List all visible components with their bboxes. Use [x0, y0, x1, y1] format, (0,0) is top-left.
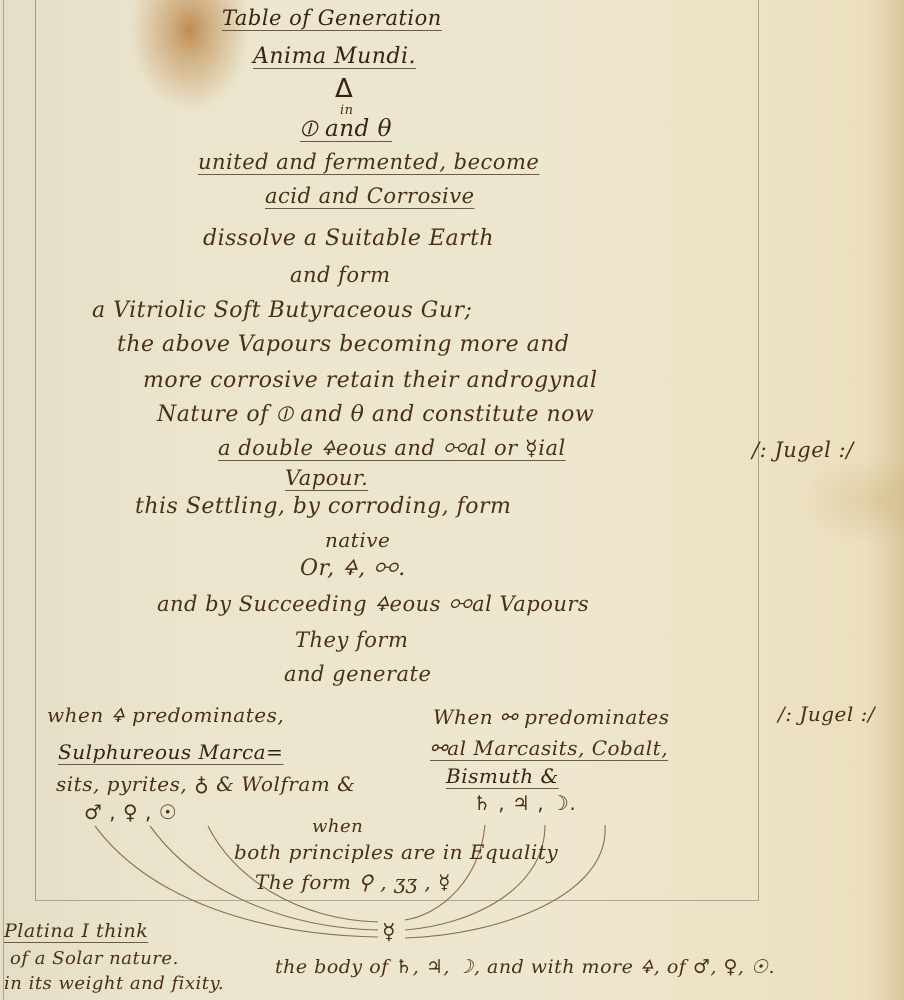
- margin-note-jugel-2: /: Jugel :/: [778, 704, 875, 724]
- text-line-11: this Settling, by corroding, form: [135, 496, 511, 518]
- text-line-1: united and fermented, become: [198, 152, 539, 173]
- subtitle: Anima Mundi.: [253, 46, 416, 68]
- footnote-left-line-2: of a Solar nature.: [10, 950, 179, 968]
- text-line-6: the above Vapours becoming more and: [117, 334, 570, 356]
- text-line-16: and generate: [284, 664, 431, 685]
- footnote-left-line-1: Platina I think: [4, 922, 148, 941]
- left-column-line-1: Sulphureous Marca=: [58, 742, 283, 762]
- right-column-line-2: Bismuth &: [446, 766, 559, 786]
- mercury-symbol: ☿: [382, 922, 396, 944]
- left-column-symbols: ♂ , ♀ , ☉: [84, 802, 177, 822]
- text-line-4: and form: [290, 265, 391, 286]
- platina-text: Platina I think: [4, 920, 148, 942]
- left-column-line-2: sits, pyrites, ♁ & Wolfram &: [56, 774, 355, 794]
- fire-symbol: Δ: [335, 76, 353, 102]
- margin-note-jugel-1: /: Jugel :/: [752, 440, 854, 461]
- text-line-7: more corrosive retain their androgynal: [143, 370, 597, 392]
- right-column-line-1: ⚯al Marcasits, Cobalt,: [430, 738, 668, 758]
- nitre-and-salt-symbols: ⦶ and θ: [300, 118, 392, 141]
- text-line-3: dissolve a Suitable Earth: [203, 228, 494, 250]
- text-line-9: a double 🜍eous and ⚯al or ☿ial: [218, 438, 566, 459]
- manuscript-page: Table of Generation Anima Mundi. Δ in ⦶ …: [0, 0, 904, 1000]
- title: Table of Generation: [222, 8, 442, 29]
- text-line-2: acid and Corrosive: [265, 186, 475, 207]
- text-line-5: a Vitriolic Soft Butyraceous Gur;: [92, 300, 472, 322]
- right-column-heading: When ⚯ predominates: [433, 707, 669, 727]
- text-line-8: Nature of ⦶ and θ and constitute now: [157, 404, 594, 426]
- text-line-10: Vapour.: [285, 468, 368, 489]
- equality-line-2: The form ⚲ , ʒʒ , ☿: [255, 872, 451, 892]
- text-line-12: native: [325, 530, 390, 550]
- right-column-symbols: ♄ , ♃ , ☽.: [473, 793, 576, 813]
- footnote-right-line: the body of ♄, ♃, ☽, and with more 🜍, of…: [275, 958, 775, 977]
- text-line-13: Or, 🜍, ⚯.: [300, 558, 406, 580]
- text-line-14: and by Succeeding 🜍eous ⚯al Vapours: [157, 594, 589, 615]
- equality-when: when: [312, 818, 363, 836]
- text-line-15: They form: [295, 630, 408, 651]
- left-column-heading: when 🜍 predominates,: [47, 705, 284, 725]
- title-text: Table of Generation: [222, 6, 442, 30]
- equality-line-1: both principles are in Equality: [234, 842, 558, 862]
- footnote-left-line-3: in its weight and fixity.: [4, 975, 224, 993]
